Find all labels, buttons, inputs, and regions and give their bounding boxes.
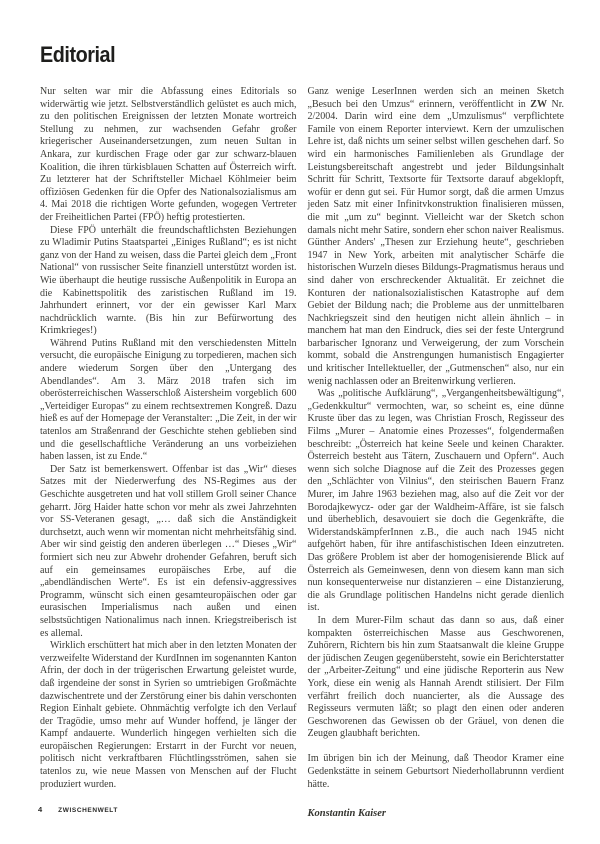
paragraph: Diese FPÖ unterhält die freundschaftlich… xyxy=(40,225,297,338)
page-number: 4 xyxy=(38,805,42,814)
page-title: Editorial xyxy=(40,42,115,68)
left-column: Nur selten war mir die Abfassung eines E… xyxy=(40,86,297,821)
paragraph: Wirklich erschüttert hat mich aber in de… xyxy=(40,640,297,791)
paragraph: Der Satz ist bemerkenswert. Offenbar ist… xyxy=(40,464,297,640)
editorial-page: Editorial Nur selten war mir die Abfassu… xyxy=(0,0,600,844)
magazine-abbreviation: ZW xyxy=(530,99,547,110)
paragraph: Ganz wenige LeserInnen werden sich an me… xyxy=(308,86,565,388)
article-body: Nur selten war mir die Abfassung eines E… xyxy=(40,86,564,821)
paragraph: Nur selten war mir die Abfassung eines E… xyxy=(40,86,297,225)
paragraph: In dem Murer-Film schaut das dann so aus… xyxy=(308,615,565,741)
magazine-name: ZWISCHENWELT xyxy=(58,807,118,814)
paragraph-text: Ganz wenige LeserInnen werden sich an me… xyxy=(308,86,565,110)
paragraph: Was „politische Aufklärung“, „Vergangenh… xyxy=(308,388,565,615)
right-column: Ganz wenige LeserInnen werden sich an me… xyxy=(308,86,565,821)
page-footer: 4 ZWISCHENWELT xyxy=(38,805,118,814)
closing-remark: Im übrigen bin ich der Meinung, daß Theo… xyxy=(308,753,565,791)
paragraph: Während Putins Rußland mit den verschied… xyxy=(40,338,297,464)
paragraph-text: Nr. 2/2004. Darin wird eine dem „Umzulis… xyxy=(308,99,565,387)
author-signature: Konstantin Kaiser xyxy=(308,808,565,821)
